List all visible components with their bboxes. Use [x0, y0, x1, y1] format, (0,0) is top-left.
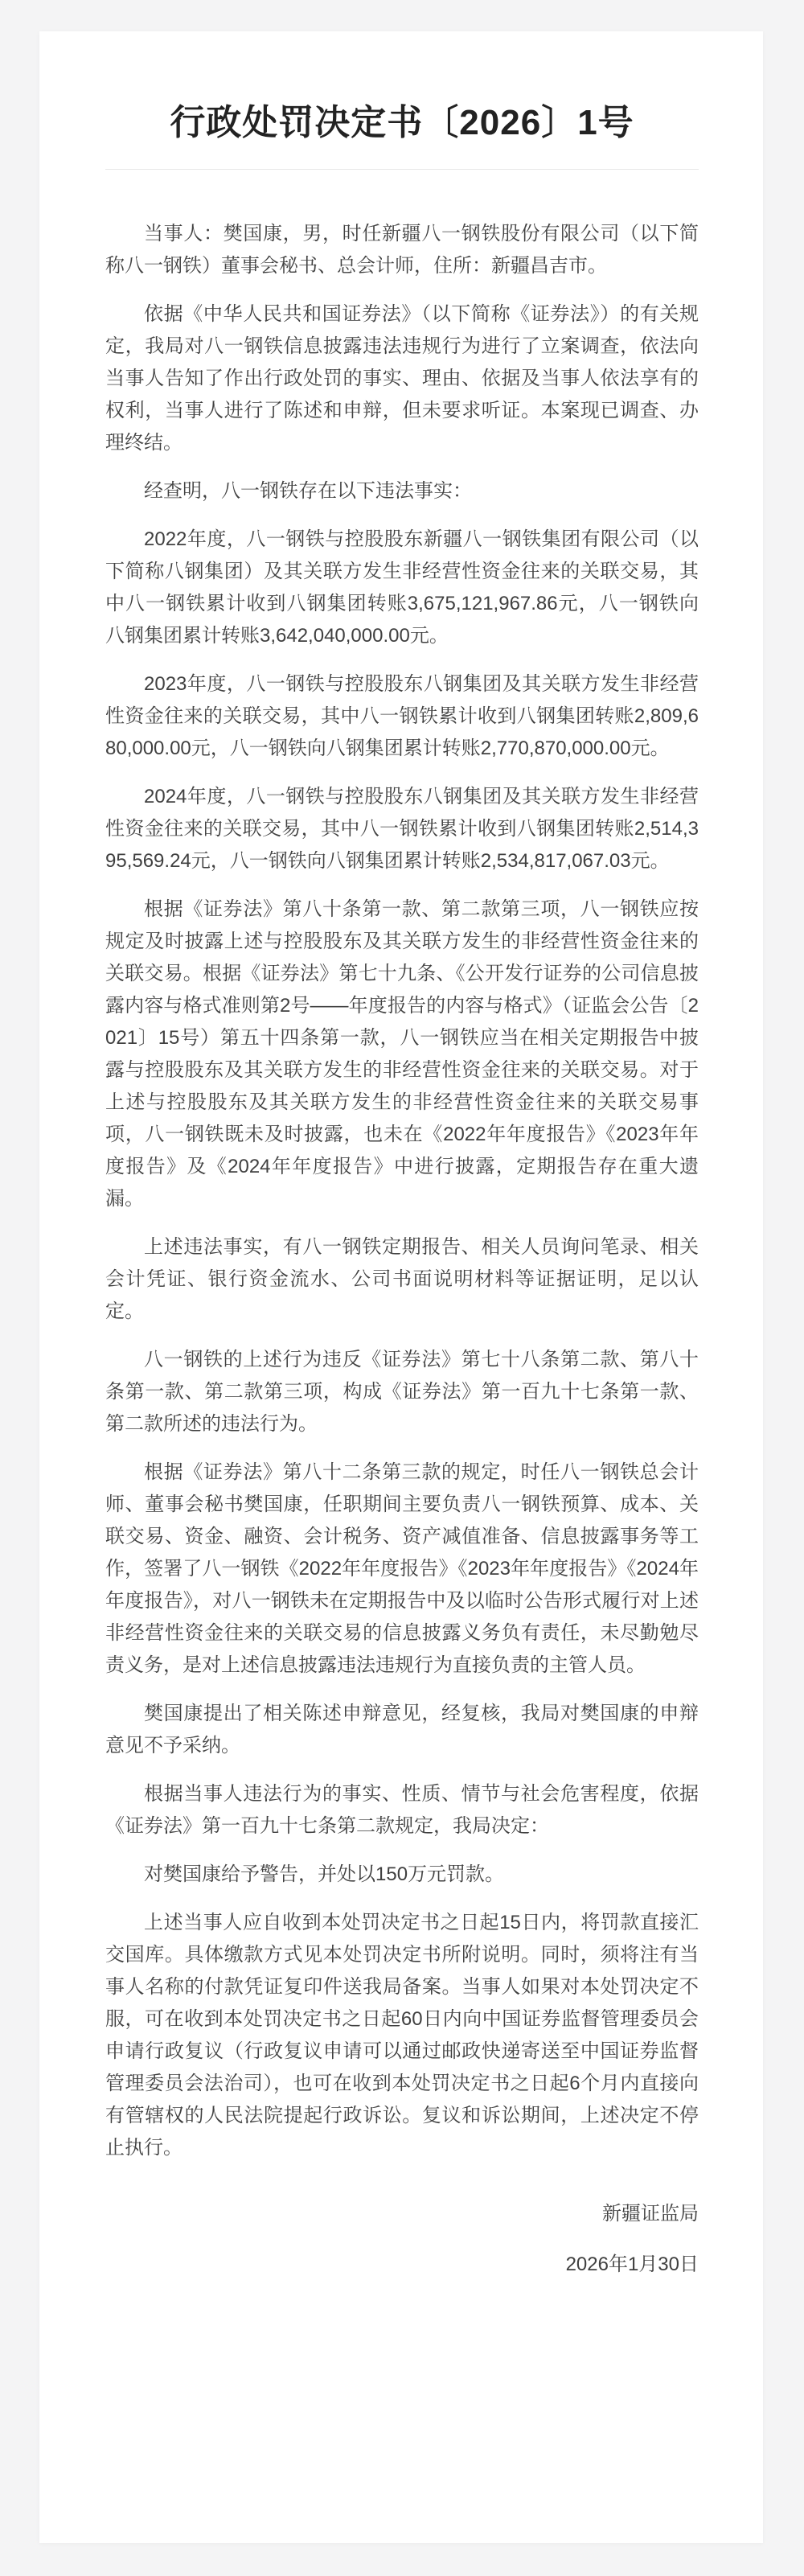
document-card: 行政处罚决定书〔2026〕1号 当事人：樊国康，男，时任新疆八一钢铁股份有限公司…: [39, 31, 763, 2543]
document-title: 行政处罚决定书〔2026〕1号: [105, 102, 699, 145]
paragraph-payment-appeal: 上述当事人应自收到本处罚决定书之日起15日内，将罚款直接汇交国库。具体缴款方式见…: [105, 1907, 699, 2164]
paragraph-responsibility: 根据《证券法》第八十二条第三款的规定，时任八一钢铁总会计师、董事会秘书樊国康，任…: [105, 1456, 699, 1682]
page-background: { "doc": { "title": "行政处罚决定书〔2026〕1号", "…: [0, 0, 804, 2576]
paragraph-defense-rejected: 樊国康提出了相关陈述申辩意见，经复核，我局对樊国康的申辩意见不予采纳。: [105, 1698, 699, 1762]
paragraph-party: 当事人：樊国康，男，时任新疆八一钢铁股份有限公司（以下简称八一钢铁）董事会秘书、…: [105, 218, 699, 282]
paragraph-findings-intro: 经查明，八一钢铁存在以下违法事实：: [105, 475, 699, 507]
paragraph-decision-basis: 根据当事人违法行为的事实、性质、情节与社会危害程度，依据《证券法》第一百九十七条…: [105, 1778, 699, 1843]
paragraph-violation: 八一钢铁的上述行为违反《证券法》第七十八条第二款、第八十条第一款、第二款第三项，…: [105, 1344, 699, 1440]
paragraph-facts-2024: 2024年度，八一钢铁与控股股东八钢集团及其关联方发生非经营性资金往来的关联交易…: [105, 781, 699, 877]
signature-block: 新疆证监局 2026年1月30日: [105, 2198, 699, 2281]
paragraph-facts-2022: 2022年度，八一钢铁与控股股东新疆八一钢铁集团有限公司（以下简称八钢集团）及其…: [105, 524, 699, 652]
paragraph-penalty: 对樊国康给予警告，并处以150万元罚款。: [105, 1859, 699, 1891]
paragraph-legal-basis: 依据《中华人民共和国证券法》（以下简称《证券法》）的有关规定，我局对八一钢铁信息…: [105, 298, 699, 459]
title-divider: [105, 169, 699, 170]
signature-date: 2026年1月30日: [105, 2249, 699, 2281]
paragraph-disclosure-rules: 根据《证券法》第八十条第一款、第二款第三项，八一钢铁应按规定及时披露上述与控股股…: [105, 894, 699, 1215]
paragraph-facts-2023: 2023年度，八一钢铁与控股股东八钢集团及其关联方发生非经营性资金往来的关联交易…: [105, 668, 699, 765]
document-body: 当事人：樊国康，男，时任新疆八一钢铁股份有限公司（以下简称八一钢铁）董事会秘书、…: [105, 218, 699, 2164]
paragraph-evidence: 上述违法事实，有八一钢铁定期报告、相关人员询问笔录、相关会计凭证、银行资金流水、…: [105, 1231, 699, 1328]
signature-issuer: 新疆证监局: [105, 2198, 699, 2230]
